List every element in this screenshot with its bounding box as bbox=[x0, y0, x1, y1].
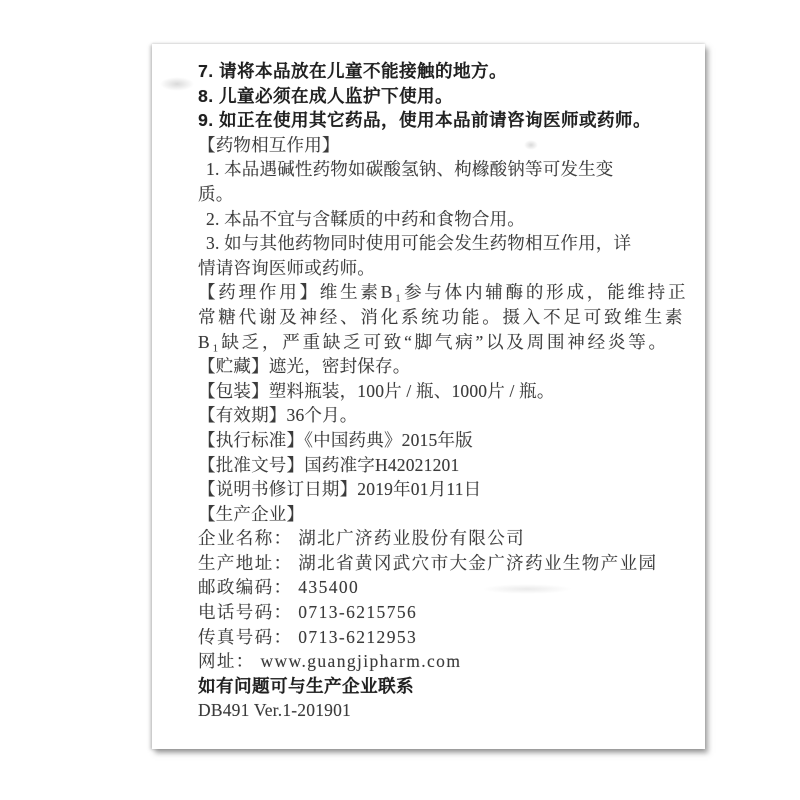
storage-line: 【贮藏】遮光，密封保存。 bbox=[198, 354, 698, 379]
pharmacology-line-3: B₁缺乏，严重缺乏可致“脚气病”以及周围神经炎等。 bbox=[198, 330, 698, 355]
execution-standard-line: 【执行标准】《中国药典》2015年版 bbox=[198, 428, 698, 453]
package-insert-page: 7. 请将本品放在儿童不能接触的地方。 8. 儿童必须在成人监护下使用。 9. … bbox=[152, 44, 705, 749]
scan-background: 7. 请将本品放在儿童不能接触的地方。 8. 儿童必须在成人监护下使用。 9. … bbox=[0, 0, 800, 800]
document-code-line: DB491 Ver.1-201901 bbox=[198, 698, 698, 723]
pharmacology-line-1: 【药理作用】维生素B₁参与体内辅酶的形成，能维持正 bbox=[198, 280, 698, 305]
interaction-item-1-line-2: 质。 bbox=[198, 182, 698, 207]
precaution-item-7: 7. 请将本品放在儿童不能接触的地方。 bbox=[198, 59, 698, 84]
insert-text-block: 7. 请将本品放在儿童不能接触的地方。 8. 儿童必须在成人监护下使用。 9. … bbox=[198, 59, 698, 723]
precaution-item-9: 9. 如正在使用其它药品，使用本品前请咨询医师或药师。 bbox=[198, 108, 698, 133]
manufacturer-heading: 【生产企业】 bbox=[198, 502, 698, 527]
website-line: 网址： www.guangjipharm.com bbox=[198, 649, 698, 674]
interaction-item-1-line-1: 1. 本品遇碱性药物如碳酸氢钠、枸橼酸钠等可发生变 bbox=[198, 157, 698, 182]
pharmacology-line-2: 常糖代谢及神经、消化系统功能。摄入不足可致维生素 bbox=[198, 305, 698, 330]
interaction-item-3-line-2: 情请咨询医师或药师。 bbox=[198, 256, 698, 281]
precaution-item-8: 8. 儿童必须在成人监护下使用。 bbox=[198, 84, 698, 109]
validity-period-line: 【有效期】36个月。 bbox=[198, 403, 698, 428]
postal-code-line: 邮政编码： 435400 bbox=[198, 575, 698, 600]
company-name-line: 企业名称： 湖北广济药业股份有限公司 bbox=[198, 526, 698, 551]
interaction-item-3-line-1: 3. 如与其他药物同时使用可能会发生药物相互作用，详 bbox=[198, 231, 698, 256]
phone-number-line: 电话号码： 0713-6215756 bbox=[198, 600, 698, 625]
packaging-line: 【包装】塑料瓶装，100片 / 瓶、1000片 / 瓶。 bbox=[198, 379, 698, 404]
fax-number-line: 传真号码： 0713-6212953 bbox=[198, 625, 698, 650]
approval-number-line: 【批准文号】国药准字H42021201 bbox=[198, 453, 698, 478]
contact-note-line: 如有问题可与生产企业联系 bbox=[198, 674, 698, 699]
production-address-line: 生产地址： 湖北省黄冈武穴市大金广济药业生物产业园 bbox=[198, 551, 698, 576]
scan-artifact bbox=[160, 77, 194, 91]
drug-interactions-heading: 【药物相互作用】 bbox=[198, 133, 698, 158]
revision-date-line: 【说明书修订日期】2019年01月11日 bbox=[198, 477, 698, 502]
interaction-item-2: 2. 本品不宜与含鞣质的中药和食物合用。 bbox=[198, 207, 698, 232]
